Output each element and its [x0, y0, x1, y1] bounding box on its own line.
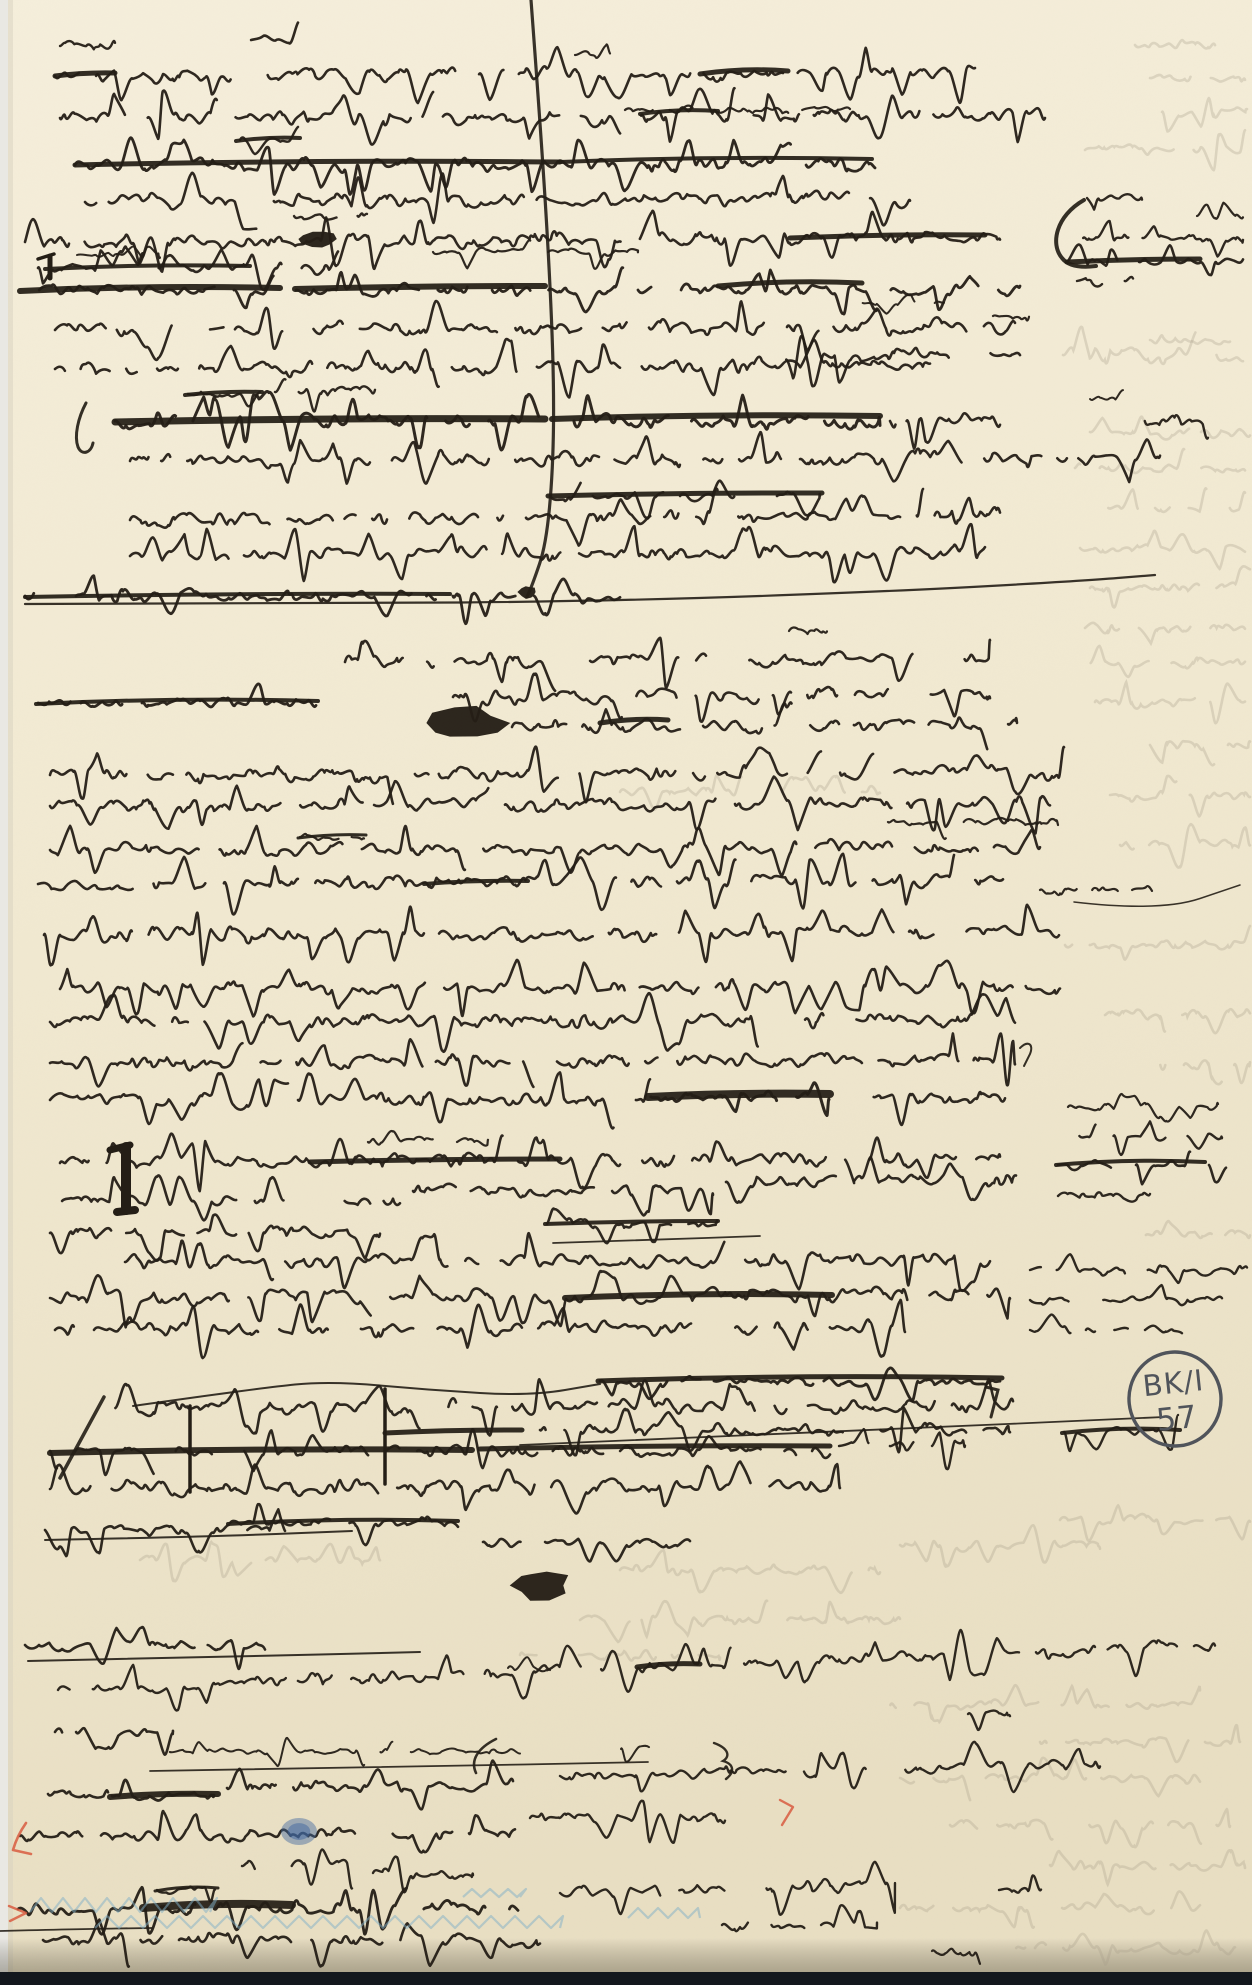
paper-bottom-shadow	[0, 1938, 1252, 1974]
scan-bottom-background	[0, 1972, 1252, 1985]
deletion-mark-flare	[117, 1210, 135, 1212]
blue-ink-smudge-core	[288, 1823, 311, 1840]
strikethrough-line	[50, 1449, 472, 1453]
manuscript-page: BK/I 57	[0, 0, 1252, 1985]
strikethrough-line	[648, 1094, 830, 1097]
manuscript-scan: BK/I 57	[0, 0, 1252, 1985]
strikethrough-line	[110, 1794, 218, 1797]
strikethrough-line	[310, 1159, 560, 1162]
strikethrough-line	[115, 419, 545, 422]
strikethrough-line	[1067, 259, 1200, 262]
paper-crease	[8, 0, 13, 1985]
scan-left-edge	[0, 0, 8, 1985]
strikethrough-line	[295, 286, 545, 289]
deletion-mark-flare	[110, 1145, 130, 1150]
stamp-text-line1: BK/I	[1141, 1363, 1205, 1403]
stamp-text-line2: 57	[1155, 1399, 1200, 1439]
